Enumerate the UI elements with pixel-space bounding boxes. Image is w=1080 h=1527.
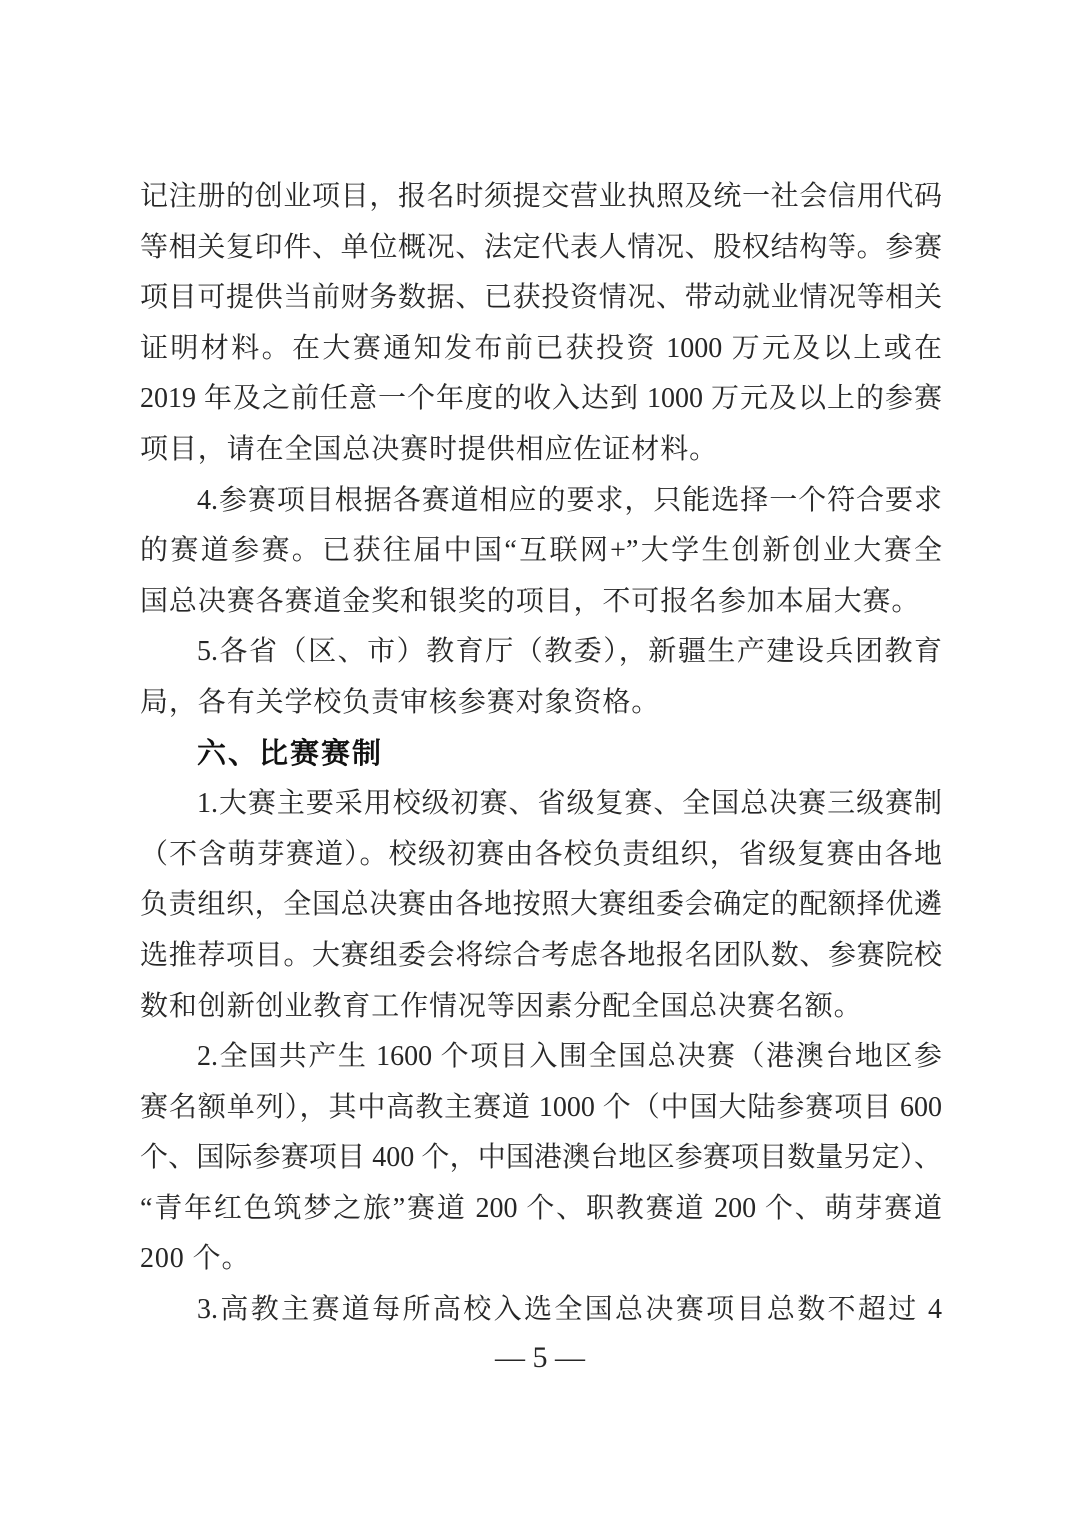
text-line: “青年红色筑梦之旅”赛道 200 个、职教赛道 200 个、萌芽赛道 — [140, 1184, 942, 1235]
text-line: 负责组织，全国总决赛由各地按照大赛组委会确定的配额择优遴 — [140, 880, 942, 931]
text-line: 3.高教主赛道每所高校入选全国总决赛项目总数不超过 4 — [140, 1285, 942, 1336]
text-line: 等相关复印件、单位概况、法定代表人情况、股权结构等。参赛 — [140, 223, 942, 274]
text-line: 局，各有关学校负责审核参赛对象资格。 — [140, 678, 942, 729]
text-line: 4.参赛项目根据各赛道相应的要求，只能选择一个符合要求 — [140, 476, 942, 527]
text-line: 数和创新创业教育工作情况等因素分配全国总决赛名额。 — [140, 982, 942, 1033]
page-number: — 5 — — [0, 1340, 1080, 1376]
document-text-block: 记注册的创业项目，报名时须提交营业执照及统一社会信用代码等相关复印件、单位概况、… — [140, 172, 942, 1336]
text-line: 5.各省（区、市）教育厅（教委），新疆生产建设兵团教育 — [140, 627, 942, 678]
text-line: 2019 年及之前任意一个年度的收入达到 1000 万元及以上的参赛 — [140, 374, 942, 425]
text-line: 个、国际参赛项目 400 个，中国港澳台地区参赛项目数量另定）、 — [140, 1133, 942, 1184]
text-line: 的赛道参赛。已获往届中国“互联网+”大学生创新创业大赛全 — [140, 526, 942, 577]
text-line: 选推荐项目。大赛组委会将综合考虑各地报名团队数、参赛院校 — [140, 931, 942, 982]
text-line: 国总决赛各赛道金奖和银奖的项目，不可报名参加本届大赛。 — [140, 577, 942, 628]
text-line: 记注册的创业项目，报名时须提交营业执照及统一社会信用代码 — [140, 172, 942, 223]
text-line: 项目可提供当前财务数据、已获投资情况、带动就业情况等相关 — [140, 273, 942, 324]
text-line: 1.大赛主要采用校级初赛、省级复赛、全国总决赛三级赛制 — [140, 779, 942, 830]
text-line: 项目，请在全国总决赛时提供相应佐证材料。 — [140, 425, 942, 476]
section-heading: 六、比赛赛制 — [140, 729, 942, 780]
text-line: 200 个。 — [140, 1234, 942, 1285]
text-line: 2.全国共产生 1600 个项目入围全国总决赛（港澳台地区参 — [140, 1032, 942, 1083]
text-line: 赛名额单列），其中高教主赛道 1000 个（中国大陆参赛项目 600 — [140, 1083, 942, 1134]
text-line: （不含萌芽赛道）。校级初赛由各校负责组织，省级复赛由各地 — [140, 830, 942, 881]
text-line: 证明材料。在大赛通知发布前已获投资 1000 万元及以上或在 — [140, 324, 942, 375]
document-page: 记注册的创业项目，报名时须提交营业执照及统一社会信用代码等相关复印件、单位概况、… — [0, 0, 1080, 1527]
